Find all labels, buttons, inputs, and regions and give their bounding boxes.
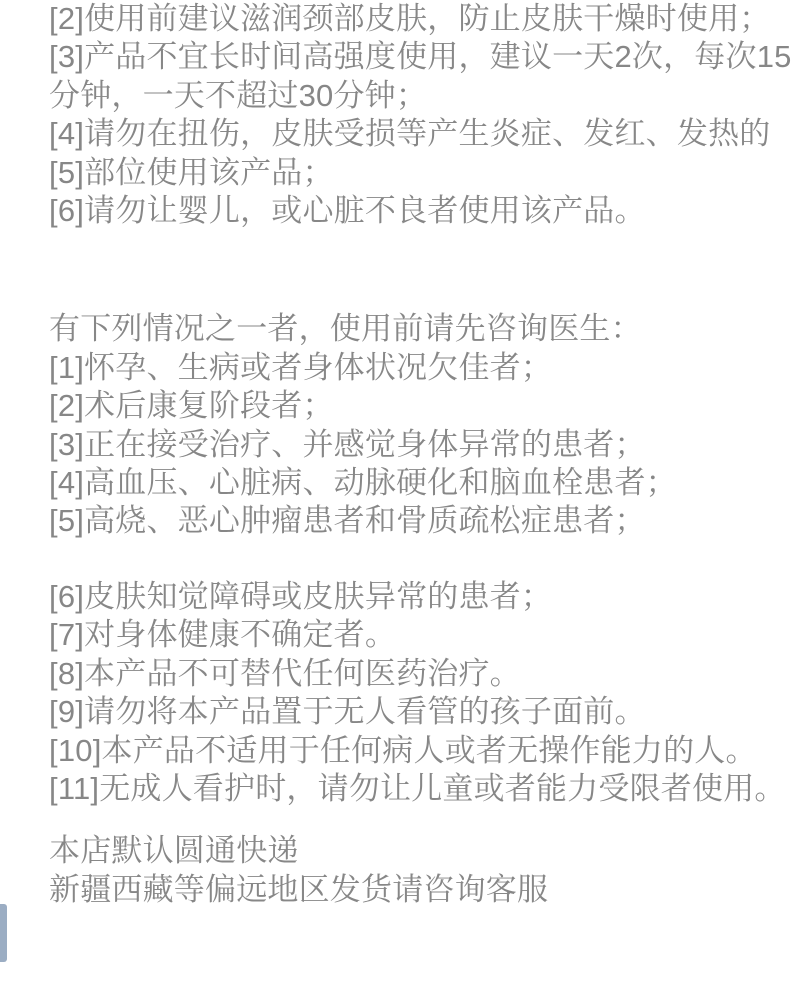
text-line: 本店默认圆通快递 — [49, 832, 789, 870]
text-line: [10]本产品不适用于任何病人或者无操作能力的人。 — [49, 732, 789, 770]
consult-doctor-block: 有下列情况之一者，使用前请先咨询医生： [1]怀孕、生病或者身体状况欠佳者； [… — [49, 310, 789, 540]
shipping-notice-block: 本店默认圆通快递 新疆西藏等偏远地区发货请咨询客服 — [49, 832, 789, 909]
text-line: [4]请勿在扭伤，皮肤受损等产生炎症、发红、发热的 — [49, 115, 789, 153]
text-line: [1]怀孕、生病或者身体状况欠佳者； — [49, 349, 789, 387]
text-line: [5]高烧、恶心肿瘤患者和骨质疏松症患者； — [49, 502, 789, 540]
text-line: [3]正在接受治疗、并感觉身体异常的患者； — [49, 426, 789, 464]
text-line: [3]产品不宜长时间高强度使用，建议一天2次，每次15 — [49, 38, 789, 76]
usage-precautions-block: [2]使用前建议滋润颈部皮肤，防止皮肤干燥时使用； [3]产品不宜长时间高强度使… — [49, 0, 789, 230]
scrollbar-thumb[interactable] — [0, 904, 7, 962]
text-line: [5]部位使用该产品； — [49, 154, 789, 192]
text-line: [4]高血压、心脏病、动脉硬化和脑血栓患者； — [49, 464, 789, 502]
text-line: [8]本产品不可替代任何医药治疗。 — [49, 655, 789, 693]
text-line: 新疆西藏等偏远地区发货请咨询客服 — [49, 871, 789, 909]
text-line: [7]对身体健康不确定者。 — [49, 616, 789, 654]
text-line: 分钟，一天不超过30分钟； — [49, 77, 789, 115]
text-line: [9]请勿将本产品置于无人看管的孩子面前。 — [49, 693, 789, 731]
text-line: [6]请勿让婴儿，或心脏不良者使用该产品。 — [49, 192, 789, 230]
product-description-text: [2]使用前建议滋润颈部皮肤，防止皮肤干燥时使用； [3]产品不宜长时间高强度使… — [49, 0, 789, 909]
text-line: [2]术后康复阶段者； — [49, 387, 789, 425]
text-line: [6]皮肤知觉障碍或皮肤异常的患者； — [49, 578, 789, 616]
text-line: [11]无成人看护时，请勿让儿童或者能力受限者使用。 — [49, 770, 789, 808]
consult-doctor-heading: 有下列情况之一者，使用前请先咨询医生： — [49, 310, 789, 348]
additional-warnings-block: [6]皮肤知觉障碍或皮肤异常的患者； [7]对身体健康不确定者。 [8]本产品不… — [49, 578, 789, 808]
text-line: [2]使用前建议滋润颈部皮肤，防止皮肤干燥时使用； — [49, 0, 789, 38]
